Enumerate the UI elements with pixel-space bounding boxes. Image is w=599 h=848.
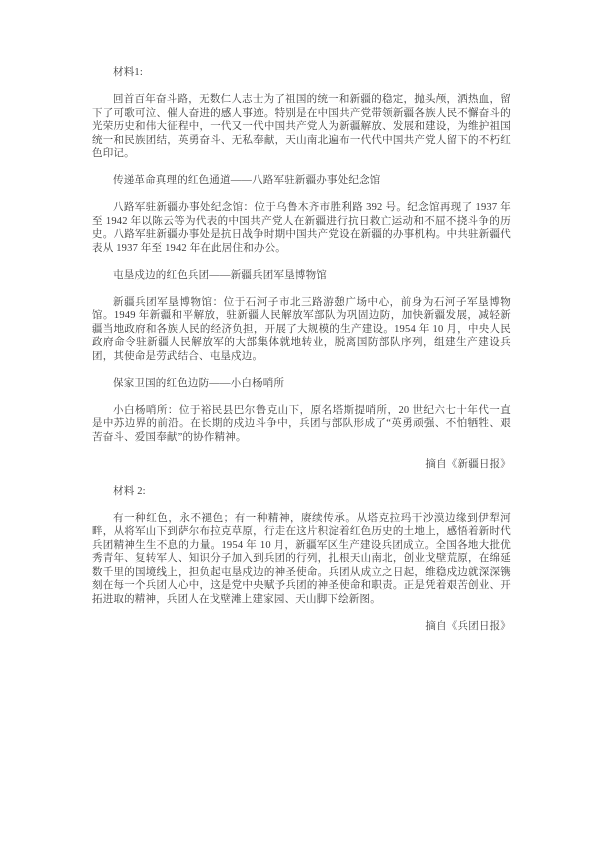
material1-intro-paragraph: 回首百年奋斗路，无数仁人志士为了祖国的统一和新疆的稳定，抛头颅，洒热血，留下了可… (92, 93, 511, 161)
material1-section2-paragraph: 新疆兵团军垦博物馆：位于石河子市北三路游憩广场中心，前身为石河子军垦博物馆。19… (92, 296, 511, 364)
material1-section2-heading: 屯垦戍边的红色兵团——新疆兵团军垦博物馆 (92, 269, 511, 283)
material1-section3-heading: 保家卫国的红色边防——小白杨哨所 (92, 377, 511, 391)
material2-label: 材料 2: (92, 485, 511, 499)
material2-paragraph: 有一种红色，永不褪色；有一种精神，赓续传承。从塔克拉玛干沙漠边缘到伊犁河畔，从将… (92, 512, 511, 607)
document-page: 材料1: 回首百年奋斗路，无数仁人志士为了祖国的统一和新疆的稳定，抛头颅，洒热血… (0, 0, 599, 848)
material2-source-attribution: 摘自《兵团日报》 (92, 620, 511, 634)
document-body: 材料1: 回首百年奋斗路，无数仁人志士为了祖国的统一和新疆的稳定，抛头颅，洒热血… (92, 66, 511, 647)
material1-section1-paragraph: 八路军驻新疆办事处纪念馆：位于乌鲁木齐市胜利路 392 号。纪念馆再现了 193… (92, 201, 511, 255)
material1-section3-paragraph: 小白杨哨所：位于裕民县巴尔鲁克山下，原名塔斯提哨所，20 世纪六七十年代一直是中… (92, 404, 511, 445)
material1-label: 材料1: (92, 66, 511, 80)
material1-section1-heading: 传递革命真理的红色通道——八路军驻新疆办事处纪念馆 (92, 174, 511, 188)
material1-source-attribution: 摘自《新疆日报》 (92, 458, 511, 472)
